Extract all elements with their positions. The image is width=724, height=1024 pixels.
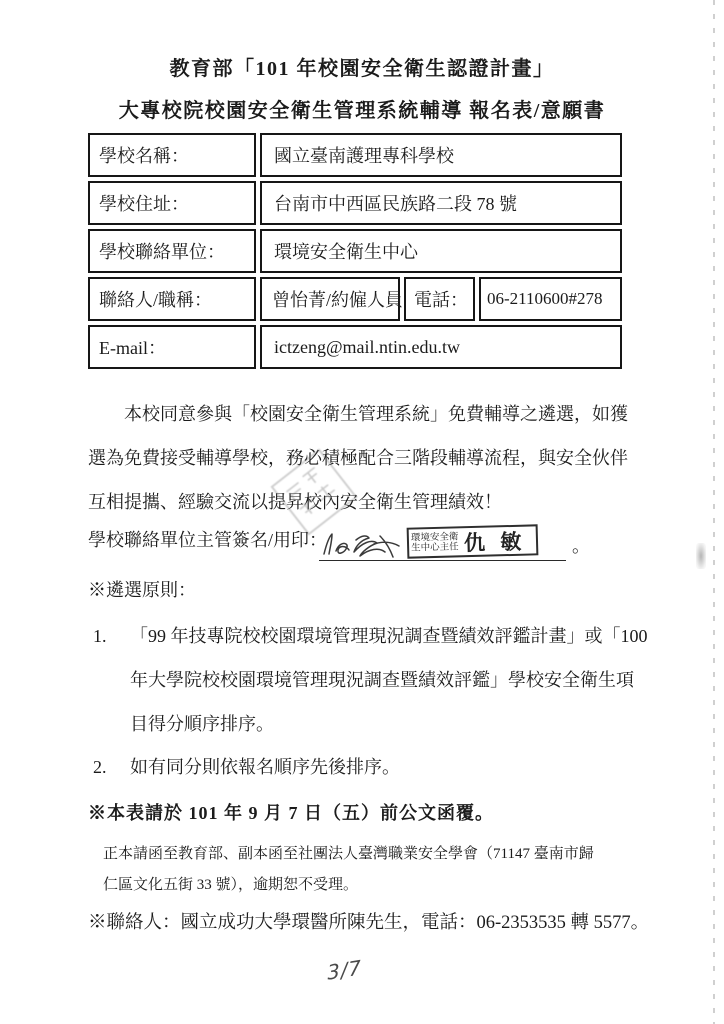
- signature-trailing-period: 。: [572, 524, 590, 568]
- contact-person-note: ※聯絡人：國立成功大學環醫所陳先生，電話：06-2353535 轉 5577。: [88, 901, 649, 945]
- document-title: 教育部「101 年校園安全衛生認證計畫」: [0, 52, 724, 81]
- list-item-1-line-3: 目得分順序排序。: [130, 702, 274, 746]
- list-item-2-number: 2.: [93, 745, 107, 789]
- school-name-label: 學校名稱：: [88, 133, 256, 177]
- stamp-title: 環境安全衛 生中心主任: [409, 532, 465, 553]
- agreement-line-2: 選為免費接受輔導學校，務必積極配合三階段輔導流程，與安全伙伴: [88, 436, 628, 480]
- list-item-1-line-2: 年大學院校校園環境管理現況調查暨績效評鑑」學校安全衛生項: [130, 658, 634, 702]
- stamp-name: 仇 敏: [464, 525, 527, 557]
- scan-edge-artifact: [713, 0, 715, 1024]
- email-value: ictzeng@mail.ntin.edu.tw: [260, 325, 622, 369]
- contact-person-value: 曾怡菁/約僱人員: [260, 277, 400, 321]
- table-row-contact-unit: 學校聯絡單位： 環境安全衛生中心: [88, 229, 622, 273]
- table-row-contact-person: 聯絡人/職稱： 曾怡菁/約僱人員 電話： 06-2110600#278: [88, 277, 622, 321]
- email-label: E-mail：: [88, 325, 256, 369]
- table-row-school-name: 學校名稱： 國立臺南護理專科學校: [88, 133, 622, 177]
- handwritten-page-number: 3/7: [327, 955, 363, 985]
- registration-form-table: 學校名稱： 國立臺南護理專科學校 學校住址： 台南市中西區民族路二段 78 號 …: [88, 133, 622, 373]
- school-address-label: 學校住址：: [88, 181, 256, 225]
- signature-label: 學校聯絡單位主管簽名/用印：: [88, 518, 327, 562]
- table-row-school-address: 學校住址： 台南市中西區民族路二段 78 號: [88, 181, 622, 225]
- document-subtitle: 大專校院校園安全衛生管理系統輔導 報名表/意願書: [0, 94, 724, 123]
- selection-principles-heading: ※遴選原則：: [88, 568, 196, 612]
- scanned-form-page: 教育部「101 年校園安全衛生認證計畫」 大專校院校園安全衛生管理系統輔導 報名…: [0, 0, 724, 1024]
- mailing-note-line-2: 仁區文化五街 33 號），逾期恕不受理。: [103, 870, 358, 901]
- supervisor-name-stamp: 環境安全衛 生中心主任 仇 敏: [407, 524, 539, 558]
- list-item-1-number: 1.: [93, 614, 107, 658]
- school-name-value: 國立臺南護理專科學校: [260, 133, 622, 177]
- scan-smudge: [696, 543, 706, 569]
- reply-deadline-note: ※本表請於 101 年 9 月 7 日（五）前公文函覆。: [88, 791, 494, 835]
- school-address-value: 台南市中西區民族路二段 78 號: [260, 181, 622, 225]
- mailing-note-line-1: 正本請函至教育部、副本函至社團法人臺灣職業安全學會（71147 臺南市歸: [103, 839, 594, 870]
- contact-unit-label: 學校聯絡單位：: [88, 229, 256, 273]
- handwritten-signature: [320, 531, 410, 561]
- phone-label: 電話：: [404, 277, 475, 321]
- contact-unit-value: 環境安全衛生中心: [260, 229, 622, 273]
- list-item-2-text: 如有同分則依報名順序先後排序。: [130, 745, 400, 789]
- list-item-1-line-1: 「99 年技專院校校園環境管理現況調查暨績效評鑑計畫」或「100: [130, 614, 648, 658]
- agreement-line-1: 本校同意參與「校園安全衛生管理系統」免費輔導之遴選，如獲: [88, 392, 628, 436]
- contact-person-label: 聯絡人/職稱：: [88, 277, 256, 321]
- phone-value: 06-2110600#278: [479, 277, 622, 321]
- table-row-email: E-mail： ictzeng@mail.ntin.edu.tw: [88, 325, 622, 369]
- stamp-title-line-2: 生中心主任: [411, 542, 464, 553]
